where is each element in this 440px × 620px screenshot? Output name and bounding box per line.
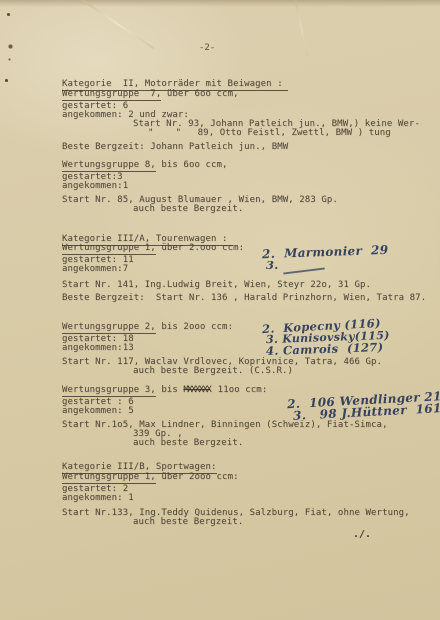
typed-text: bis <box>156 385 184 395</box>
typed-text: angekommen:7 <box>62 264 128 274</box>
beste-bergzeit-wg7: Beste Bergzeit: Johann Patleich jun., BM… <box>62 142 288 152</box>
stat-angekommen-wg1b: angekommen: 1 <box>62 493 134 503</box>
typed-text: bis 6oo ccm, <box>156 160 228 170</box>
heading-wertungsgruppe-1b: Wertungsgruppe 1, über 2ooo ccm: <box>62 472 239 482</box>
paper-crease <box>295 0 309 57</box>
heading-wertungsgruppe-2: Wertungsgruppe 2, bis 2ooo ccm: <box>62 322 233 332</box>
entry-start-141: Start Nr. 141, Ing.Ludwig Breit, Wien, S… <box>62 280 371 290</box>
typed-text: Beste Bergzeit: Start Nr. 136 , Harald P… <box>62 293 426 303</box>
typed-text: Start Nr. 141, Ing.Ludwig Breit, Wien, S… <box>62 280 371 290</box>
underlined-typed-text: Wertungsgruppe 3, <box>62 385 156 397</box>
stat-angekommen-wg1a: angekommen:7 <box>62 264 128 274</box>
underlined-typed-text: Wertungsgruppe 2, <box>62 322 156 334</box>
typed-text: angekommen:1 <box>62 181 128 191</box>
typed-text: " " 89, Otto Feistl, Zwettl, BMW ) tung <box>148 128 391 138</box>
note-auch-beste-wg8: auch beste Bergzeit. <box>133 204 243 214</box>
paper-specks <box>7 13 10 16</box>
typed-text: über 2ooo ccm: <box>156 472 239 482</box>
underlined-typed-text: Wertungsgruppe 7, <box>62 89 161 101</box>
underlined-typed-text: Wertungsgruppe 1, <box>62 472 156 484</box>
note-auch-beste-wg3: auch beste Bergzeit. <box>133 438 243 448</box>
stat-angekommen-wg3: angekommen: 5 <box>62 406 134 416</box>
hand-note-3: 3. <box>266 259 279 271</box>
heading-wertungsgruppe-1a: Wertungsgruppe 1, über 2.ooo ccm: <box>62 243 244 253</box>
heading-kategorie-iiib: Kategorie III/B, Sportwagen: <box>62 462 217 472</box>
hand-underline-stroke <box>283 267 325 274</box>
hand-note-marmonier: 2. Marmonier 29 <box>262 244 389 260</box>
typed-text: bis 2ooo ccm: <box>156 322 233 332</box>
typed-text: angekommen:13 <box>62 343 134 353</box>
typed-text: über 2.ooo ccm: <box>156 243 244 253</box>
hand-note-camrois: 4. Camrois (127) <box>266 341 384 357</box>
paper-crease <box>77 0 154 49</box>
typed-text: über 6oo ccm, <box>161 89 238 99</box>
typed-text: auch beste Bergzeit. (C.S.R.) <box>133 366 293 376</box>
stat-angekommen-wg8: angekommen:1 <box>62 181 128 191</box>
heading-wertungsgruppe-8: Wertungsgruppe 8, bis 6oo ccm, <box>62 160 228 170</box>
typed-text: auch beste Bergzeit. <box>133 517 243 527</box>
heading-wertungsgruppe-7: Wertungsgruppe 7, über 6oo ccm, <box>62 89 239 99</box>
page-number: -2- <box>199 43 215 53</box>
beste-bergzeit-wg1a: Beste Bergzeit: Start Nr. 136 , Harald P… <box>62 293 426 303</box>
typed-text: angekommen: 1 <box>62 493 134 503</box>
stat-angekommen-wg2: angekommen:13 <box>62 343 134 353</box>
entry-start-89: " " 89, Otto Feistl, Zwettl, BMW ) tung <box>148 128 391 138</box>
struck-typed-text: MXXXXXX <box>183 385 210 395</box>
heading-kategorie-ii: Kategorie II, Motorräder mit Beiwagen : <box>62 79 288 89</box>
continuation-mark: ./. <box>353 529 371 540</box>
typed-text: auch beste Bergzeit. <box>133 204 243 214</box>
typed-text: 11oo ccm: <box>212 385 267 395</box>
typed-text: Beste Bergzeit: Johann Patleich jun., BM… <box>62 142 288 152</box>
note-auch-beste-wg2: auch beste Bergzeit. (C.S.R.) <box>133 366 293 376</box>
underlined-typed-text: Wertungsgruppe 1, <box>62 243 156 255</box>
underlined-typed-text: Wertungsgruppe 8, <box>62 160 156 172</box>
typed-text: Start Nr.1o5, Max Lindner, Binningen (Sc… <box>62 420 388 430</box>
heading-wertungsgruppe-3: Wertungsgruppe 3, bis MXXXXXX 11oo ccm: <box>62 385 267 395</box>
typed-text: angekommen: 5 <box>62 406 134 416</box>
typed-text: auch beste Bergzeit. <box>133 438 243 448</box>
entry-start-1o5: Start Nr.1o5, Max Lindner, Binningen (Sc… <box>62 420 388 430</box>
note-auch-beste-wg1b: auch beste Bergzeit. <box>133 517 243 527</box>
document-page: -2- Kategorie II, Motorräder mit Beiwage… <box>0 0 440 620</box>
